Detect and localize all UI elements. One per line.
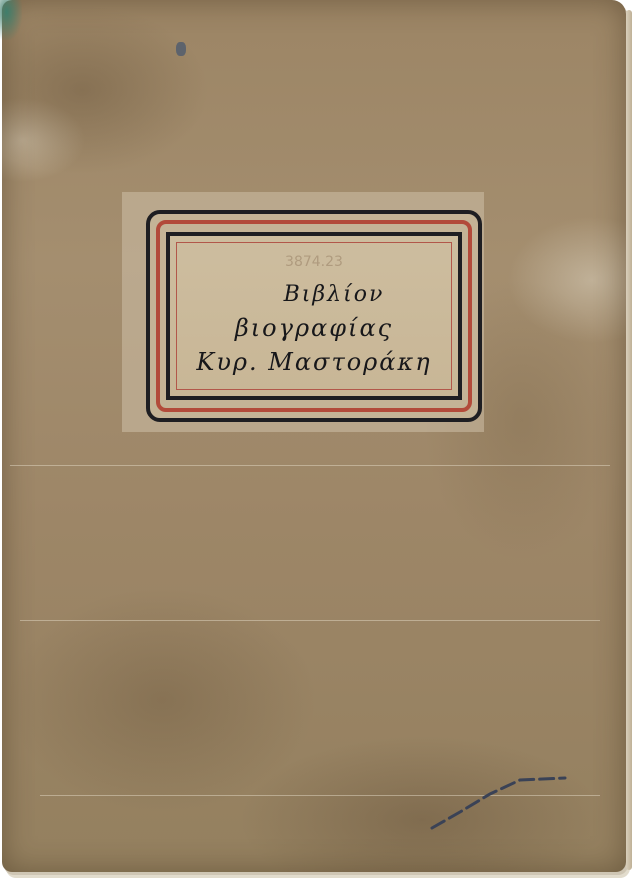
label-inner-frame: 3874.23 Βιβλίον βιογραφίας Κυρ. Μαστοράκ… <box>166 232 462 400</box>
label-line-1: Βιβλίον <box>170 282 458 307</box>
label-line-3: Κυρ. Μαστοράκη <box>170 348 458 376</box>
page-edges <box>626 10 632 870</box>
label-line-2: βιογραφίας <box>170 314 458 342</box>
cover-label: 3874.23 Βιβλίον βιογραφίας Κυρ. Μαστοράκ… <box>146 210 482 422</box>
crease <box>10 465 610 466</box>
ink-scratch <box>430 772 570 832</box>
ink-spot <box>176 42 186 56</box>
faint-number: 3874.23 <box>170 254 458 270</box>
crease <box>20 620 600 621</box>
notebook-cover <box>2 0 626 872</box>
teal-stain <box>0 0 22 40</box>
